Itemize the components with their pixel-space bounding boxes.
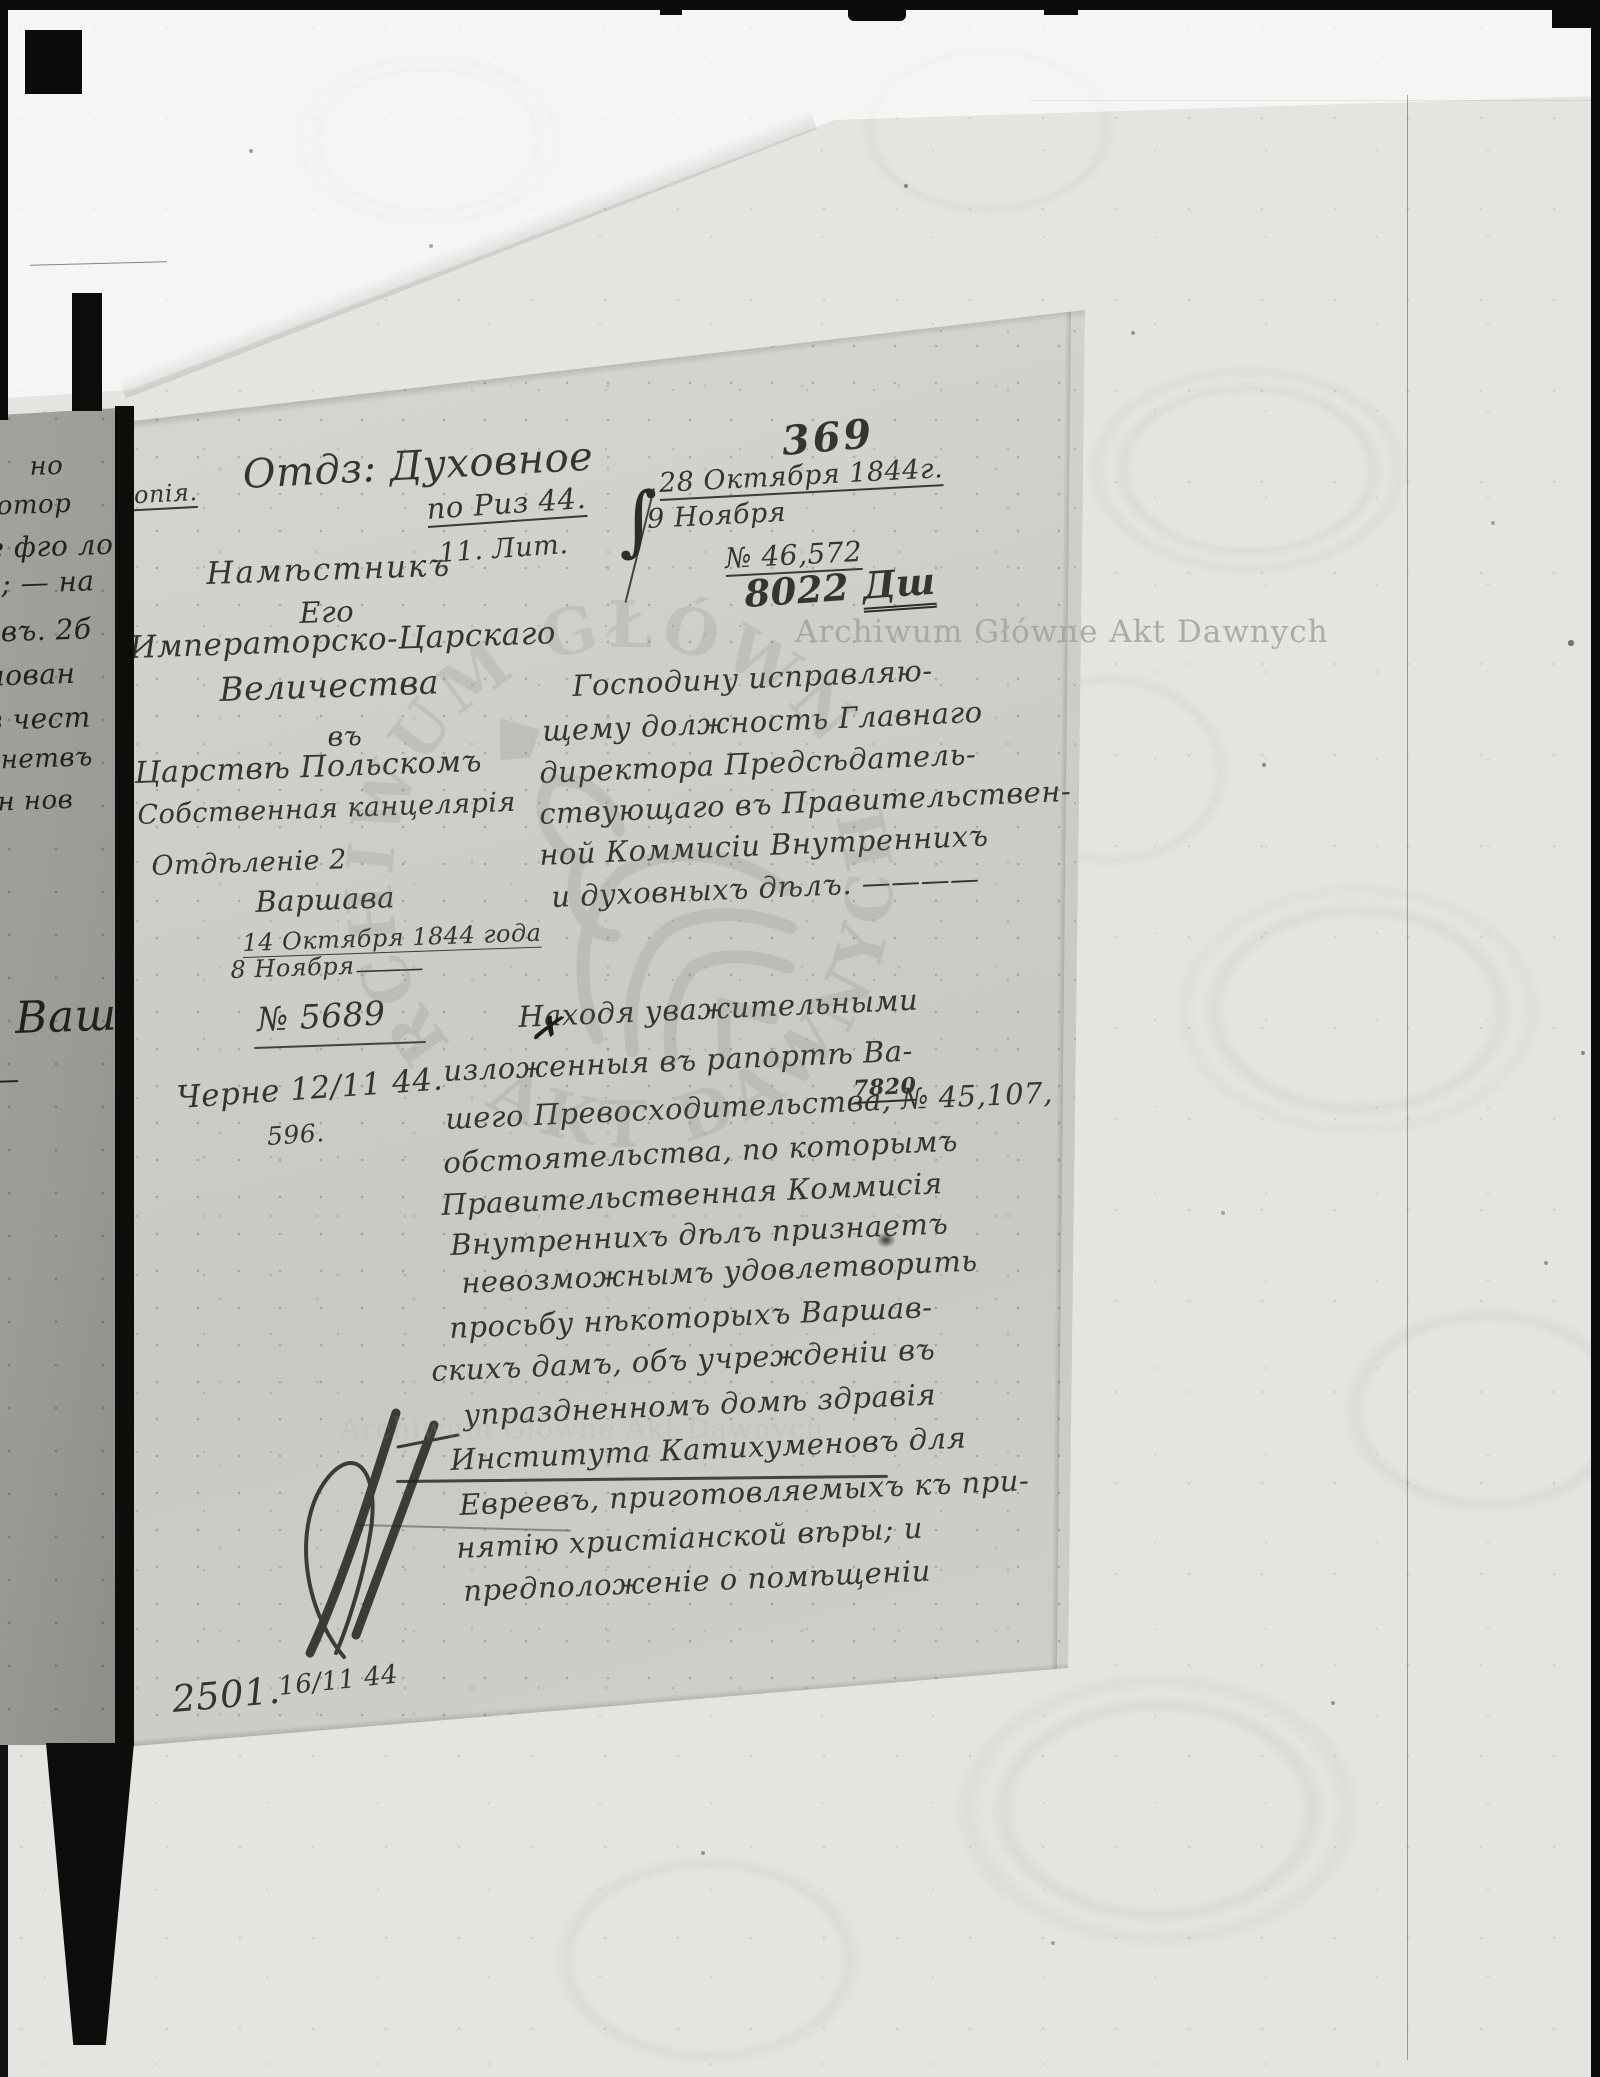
margin-fragment: мован [0, 657, 76, 693]
margin-fragment: инетвъ [0, 742, 93, 776]
film-fold-line [1407, 95, 1408, 2060]
ink-blotch [876, 1232, 896, 1248]
margin-fragment: з; — на [0, 564, 95, 601]
margin-fragment: з чест [0, 700, 91, 737]
margin-fragment: ан нов [0, 785, 74, 818]
page-right-shadow [1051, 312, 1071, 1672]
margin-fragment: — [0, 1062, 20, 1098]
margin-fragment: Ваш [14, 989, 117, 1044]
margin-fragment: овъ. 2б [0, 612, 92, 649]
spine-shadow-top [72, 293, 102, 411]
bottom-number: 2501. [170, 1669, 282, 1721]
body-line: предположеніе о помѣщеніи [463, 1554, 932, 1608]
right-black-border [1591, 0, 1600, 2077]
clerk-note: 596. [266, 1118, 326, 1151]
margin-fragment: иотор [0, 489, 72, 522]
reference-number-2-suffix: Дш [861, 559, 937, 613]
top-edge-notch [660, 0, 682, 15]
facing-page-sliver: но иотор е фго ло з; — на овъ. 2б мован … [0, 408, 118, 1745]
paper-edge-line [1030, 100, 1595, 101]
archive-watermark-text: Archiwum Główne Akt Dawnych [795, 614, 1329, 650]
margin-fragment: но [29, 451, 64, 482]
top-edge-notch [1044, 0, 1078, 15]
left-black-edge [0, 0, 8, 420]
archive-watermark-text-faint: Archiwum Główne Akt Dawnych [340, 1412, 825, 1445]
archival-scan: но иотор е фго ло з; — на овъ. 2б мован … [0, 0, 1600, 2077]
top-left-black-box [25, 30, 82, 94]
top-black-border [0, 0, 1600, 10]
letterhead-line: Намѣстникъ [206, 547, 452, 592]
margin-fragment: е фго ло [0, 528, 114, 565]
top-edge-notch [848, 0, 906, 21]
spine-gap [115, 406, 134, 1746]
